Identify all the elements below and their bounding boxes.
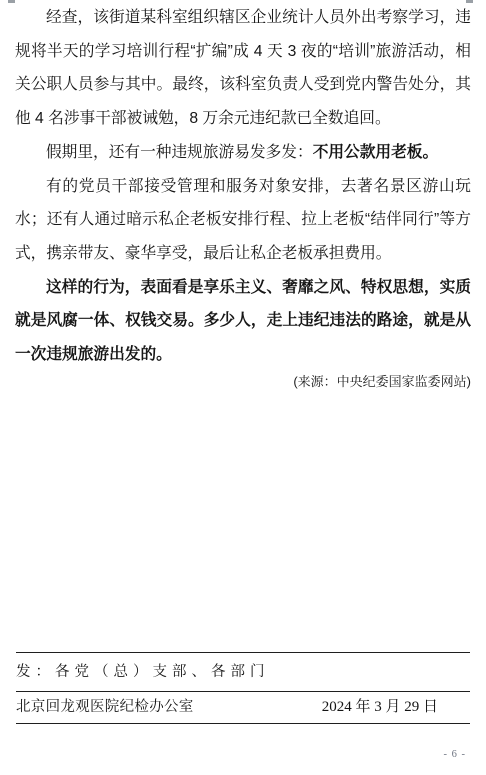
document-body: 经查，该街道某科室组织辖区企业统计人员外出考察学习，违规将半天的学习培训行程“扩…	[0, 0, 486, 392]
footer-block: 发：各党（总）支部、各部门 北京回龙观医院纪检办公室 2024 年 3 月 29…	[16, 652, 470, 724]
paragraph-holiday: 假期里，还有一种违规旅游易发多发：不用公款用老板。	[15, 136, 471, 170]
paragraph-investigation: 经查，该街道某科室组织辖区企业统计人员外出考察学习，违规将半天的学习培训行程“扩…	[15, 1, 471, 136]
distribution-line: 发：各党（总）支部、各部门	[16, 652, 470, 692]
paragraph-conclusion: 这样的行为，表面看是享乐主义、奢靡之风、特权思想，实质就是风腐一体、权钱交易。多…	[15, 271, 471, 372]
document-page: 经查，该街道某科室组织辖区企业统计人员外出考察学习，违规将半天的学习培训行程“扩…	[0, 0, 486, 775]
issue-date: 2024 年 3 月 29 日	[322, 692, 438, 723]
page-number: - 6 -	[444, 749, 467, 760]
top-edge-mark-left	[8, 0, 15, 3]
paragraph-holiday-lead: 假期里，还有一种违规旅游易发多发：	[46, 144, 313, 161]
source-attribution: (来源：中央纪委国家监委网站)	[15, 372, 471, 392]
issuer-line: 北京回龙观医院纪检办公室 2024 年 3 月 29 日	[16, 692, 470, 724]
paragraph-bosses: 有的党员干部接受管理和服务对象安排，去著名景区游山玩水；还有人通过暗示私企老板安…	[15, 170, 471, 271]
top-edge-mark-right	[466, 0, 473, 3]
holiday-emphasis-text: 不用公款用老板。	[313, 144, 439, 161]
issuing-office: 北京回龙观医院纪检办公室	[16, 692, 194, 723]
